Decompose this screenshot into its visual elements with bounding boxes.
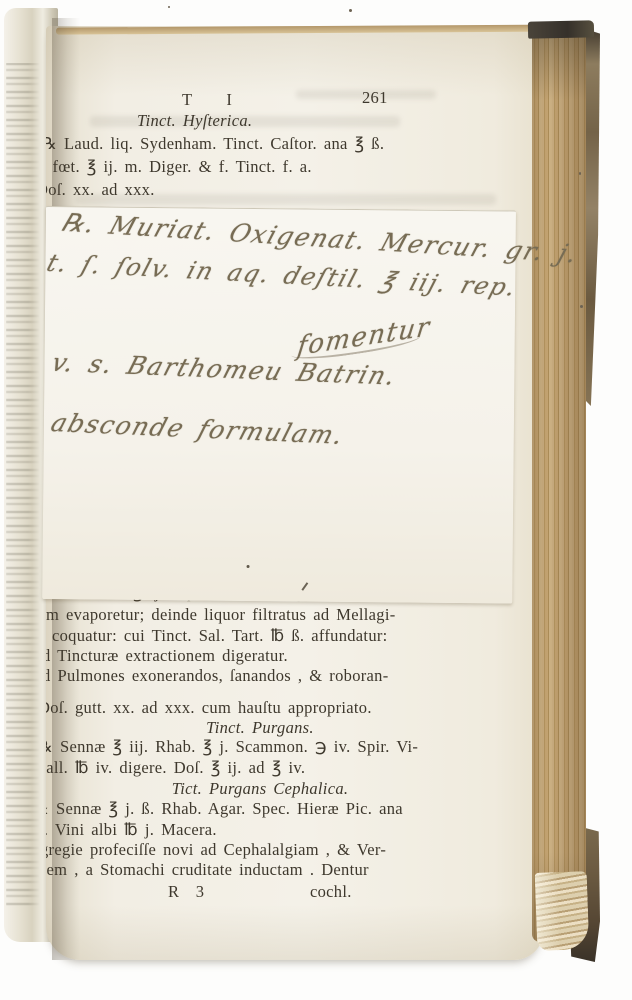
print-line: ℞ Sennæ ℥ j. ß. Rhab. Agar. Spec. Hieræ … [46, 801, 403, 818]
pasted-manuscript-slip: ℞. Muriat. Oxigenat. Mercur. gr. j. t. ſ… [42, 206, 516, 603]
binding-top-corner [528, 20, 594, 38]
previous-page-text-texture [6, 63, 40, 908]
print-line: nem , a Stomachi cruditate inductam . De… [46, 862, 369, 879]
page-number: 261 [362, 90, 388, 107]
catchword: cochl. [310, 884, 352, 901]
print-line: d Tincturæ extractionem digeratur. [46, 648, 288, 665]
section-heading-purgans: Tinct. Purgans. [46, 720, 480, 737]
paper-speck [349, 9, 352, 12]
page-edge-ridges [535, 871, 590, 951]
ink-dot [247, 565, 250, 568]
print-line: ij. Vini albi ℔ j. Macera. [46, 822, 217, 839]
section-heading-hysterica: Tinct. Hyſterica. [137, 113, 252, 130]
print-line: coquatur: cui Tinct. Sal. Tart. ℔ ß. aff… [52, 628, 388, 645]
fore-edge-speck [580, 305, 583, 308]
handwriting-line: absconde formulam. [48, 408, 348, 450]
print-line: m evaporetur; deinde liquor filtratus ad… [46, 607, 396, 624]
section-heading-cephalica: Tict. Purgans Cephalica. [46, 781, 480, 798]
paper-speck [168, 6, 170, 8]
print-line: Gall. ℔ iv. digere. Doſ. ℥ ij. ad ℥ iv. [46, 760, 305, 777]
ink-mark [301, 582, 308, 590]
book-photograph: T I 261 Tinct. Hyſterica. ℞ Laud. liq. S… [0, 0, 632, 1000]
print-line: gregie profeciſſe novi ad Cephalalgiam ,… [46, 842, 386, 859]
print-line: e fœt. ℥ ij. m. Diger. & f. Tinct. f. a. [46, 159, 312, 176]
print-line: Doſ. xx. ad xxx. [46, 182, 155, 199]
print-line: d Pulmones exonerandos, ſanandos , & rob… [46, 668, 389, 685]
signature-mark: R 3 [168, 884, 204, 901]
fore-edge [532, 30, 586, 942]
print-line: ℞ Sennæ ℥ iij. Rhab. ℥ j. Scammon. ℈ iv.… [46, 739, 418, 756]
print-line: Doſ. gutt. xx. ad xxx. cum hauſtu approp… [46, 700, 372, 717]
print-line: ℞ Laud. liq. Sydenham. Tinct. Caſtor. an… [46, 136, 384, 153]
running-title: T I [182, 92, 246, 109]
fore-edge-speck [579, 172, 581, 175]
